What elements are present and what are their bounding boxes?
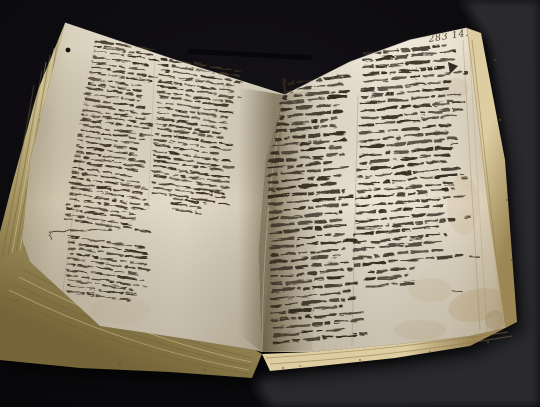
script-line xyxy=(375,254,380,257)
script-line xyxy=(296,287,301,290)
script-line xyxy=(339,305,343,308)
script-line xyxy=(308,192,314,196)
script-line xyxy=(405,274,409,277)
script-line xyxy=(297,164,303,168)
script-line xyxy=(339,153,345,156)
script-line xyxy=(287,81,295,84)
script-line xyxy=(311,120,317,124)
script-line xyxy=(427,67,433,71)
script-line xyxy=(452,187,456,190)
script-line xyxy=(274,137,281,141)
script-line xyxy=(331,90,336,93)
script-line xyxy=(291,317,297,320)
script-line xyxy=(463,71,467,74)
manuscript-photo-canvas: 283 14. xyxy=(0,0,540,407)
script-line xyxy=(421,112,426,115)
script-line xyxy=(341,298,346,301)
script-line xyxy=(396,136,401,140)
script-line xyxy=(380,210,387,214)
script-line xyxy=(279,116,284,120)
script-line xyxy=(430,95,435,98)
script-line xyxy=(325,322,330,325)
script-line xyxy=(298,316,302,319)
wormhole xyxy=(66,48,71,53)
script-line xyxy=(341,247,345,250)
manuscript-photograph: 283 14. xyxy=(0,0,540,407)
script-line xyxy=(442,44,447,47)
script-line xyxy=(310,251,316,255)
script-line xyxy=(313,126,319,129)
script-line xyxy=(443,234,446,236)
script-line xyxy=(304,287,310,291)
script-line xyxy=(389,71,396,75)
script-line xyxy=(341,189,345,192)
script-line xyxy=(339,211,342,214)
script-line xyxy=(347,268,352,271)
script-line xyxy=(409,267,414,270)
